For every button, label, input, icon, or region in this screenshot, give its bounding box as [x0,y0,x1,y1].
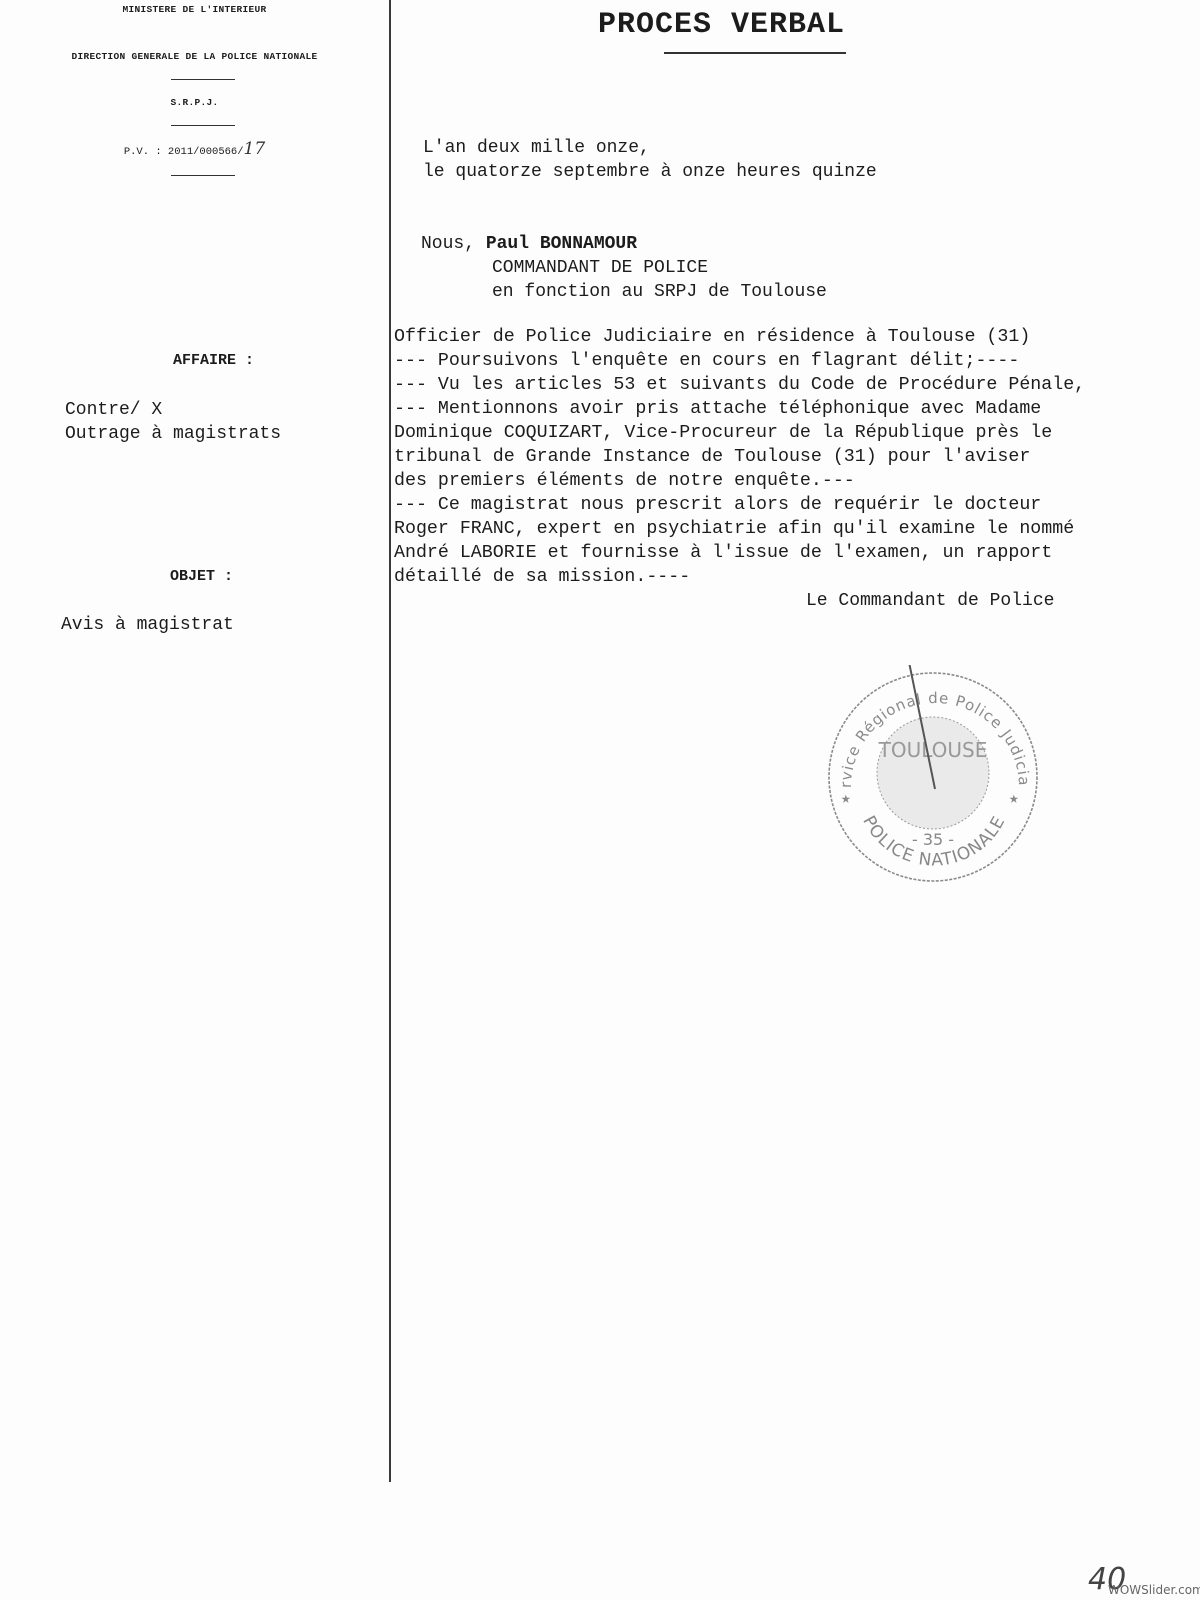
direction-header: DIRECTION GENERALE DE LA POLICE NATIONAL… [0,51,389,62]
objet-heading: OBJET : [170,568,233,585]
officer-post: en fonction au SRPJ de Toulouse [492,280,827,304]
report-line: Officier de Police Judiciaire en résiden… [394,325,1085,349]
report-line: André LABORIE et fournisse à l'issue de … [394,541,1085,565]
svg-text:TOULOUSE: TOULOUSE [878,738,988,762]
report-line: des premiers éléments de notre enquête.-… [394,469,1085,493]
officer-name: Paul BONNAMOUR [486,234,637,254]
report-line: --- Mentionnons avoir pris attache télép… [394,397,1085,421]
ministry-header: MINISTERE DE L'INTERIEUR [0,4,389,15]
report-line: --- Ce magistrat nous prescrit alors de … [394,493,1085,517]
report-line: tribunal de Grande Instance de Toulouse … [394,445,1085,469]
pv-label: P.V. : 2011/000566/ [124,146,244,158]
affaire-line: Contre/ X [65,398,162,422]
signature-line: Le Commandant de Police [806,589,1054,613]
officer-rank: COMMANDANT DE POLICE [492,256,708,280]
svg-text:★: ★ [841,790,851,808]
police-seal-stamp: Service Régional de Police Judiciaire TO… [823,665,1043,887]
report-line: détaillé de sa mission.---- [394,565,1085,589]
document-title: PROCES VERBAL [598,8,845,42]
objet-text: Avis à magistrat [61,613,234,637]
report-line: Dominique COQUIZART, Vice-Procureur de l… [394,421,1085,445]
pv-handwritten-number: 17 [244,139,266,159]
svg-text:★: ★ [1009,790,1019,808]
report-body: Officier de Police Judiciaire en résiden… [394,325,1085,589]
officer-intro: Nous, Paul BONNAMOUR [421,232,637,256]
watermark: WOWSlider.com [1108,1583,1200,1597]
report-line: Roger FRANC, expert en psychiatrie afin … [394,517,1085,541]
report-line: --- Vu les articles 53 et suivants du Co… [394,373,1085,397]
pv-number: P.V. : 2011/000566/17 [0,139,389,159]
nous-label: Nous, [421,234,486,254]
divider-rule [171,79,235,80]
date-line: L'an deux mille onze, [423,136,650,160]
column-divider [389,0,391,1482]
divider-rule [171,175,235,176]
divider-rule [171,125,235,126]
affaire-line: Outrage à magistrats [65,422,281,446]
svg-text:- 35 -: - 35 - [912,830,954,849]
title-underline [664,52,846,54]
report-line: --- Poursuivons l'enquête en cours en fl… [394,349,1085,373]
service-header: S.R.P.J. [0,97,389,108]
date-line: le quatorze septembre à onze heures quin… [423,160,877,184]
affaire-heading: AFFAIRE : [173,352,254,369]
